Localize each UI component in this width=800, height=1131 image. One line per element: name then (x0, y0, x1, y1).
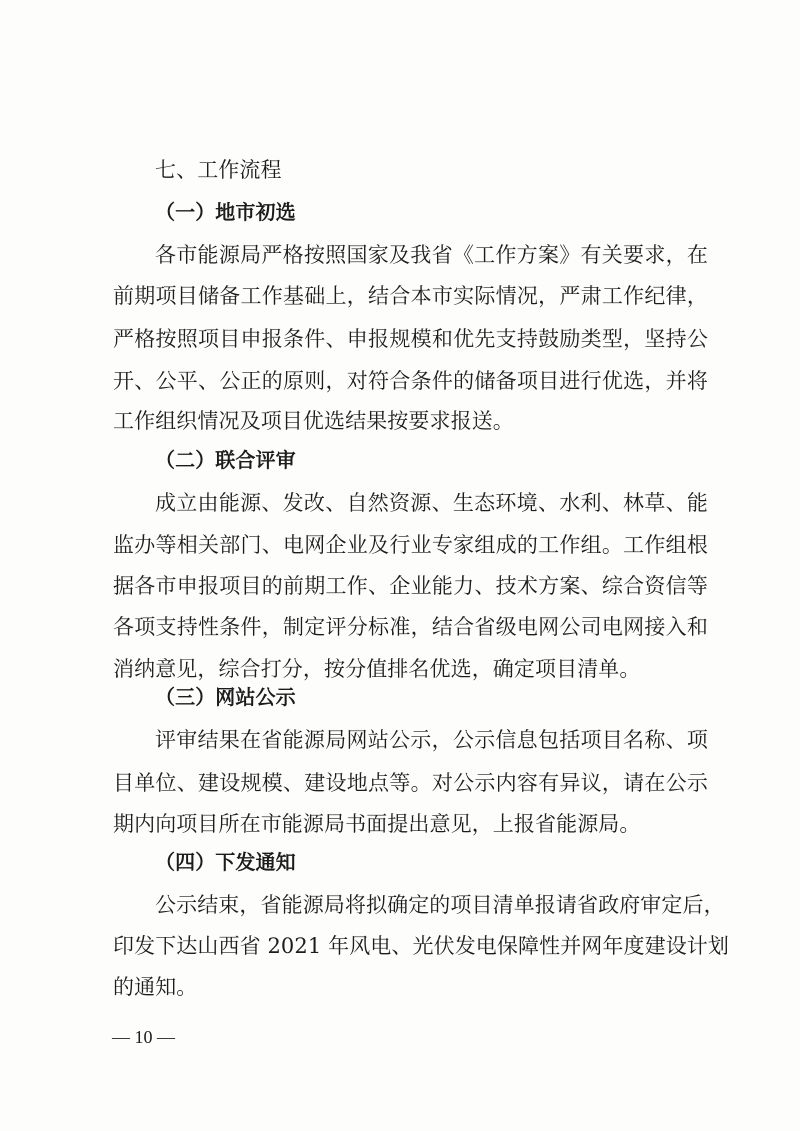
paragraph-line: 公示结束，省能源局将拟确定的项目清单报请省政府审定后， (155, 891, 708, 919)
paragraph-line: 开、公平、公正的原则，对符合条件的储备项目进行优选，并将 (113, 367, 708, 395)
subsection-heading-1: （一）地市初选 (155, 198, 750, 226)
paragraph-line: 目单位、建设规模、建设地点等。对公示内容有异议，请在公示 (113, 769, 708, 797)
paragraph-line: 严格按照项目申报条件、申报规模和优先支持鼓励类型，坚持公 (113, 325, 708, 353)
section-title: 七、工作流程 (155, 156, 750, 184)
paragraph-line: 前期项目储备工作基础上，结合本市实际情况，严肃工作纪律， (113, 282, 708, 310)
paragraph-line: 成立由能源、发改、自然资源、生态环境、水利、林草、能 (155, 489, 708, 517)
paragraph-line: 的通知。 (113, 973, 708, 1001)
subsection-heading-4: （四）下发通知 (155, 848, 750, 876)
paragraph-line: 各项支持性条件，制定评分标准，结合省级电网公司电网接入和 (113, 613, 708, 641)
paragraph-line: 评审结果在省能源局网站公示，公示信息包括项目名称、项 (155, 726, 708, 754)
paragraph-line: 期内向项目所在市能源局书面提出意见，上报省能源局。 (113, 810, 708, 838)
subsection-heading-3: （三）网站公示 (155, 683, 750, 711)
paragraph-line: 工作组织情况及项目优选结果按要求报送。 (113, 407, 708, 435)
document-page: 七、工作流程 （一）地市初选 各市能源局严格按照国家及我省《工作方案》有关要求，… (0, 0, 800, 1131)
page-number: — 10 — (112, 1027, 175, 1048)
paragraph-line: 印发下达山西省 2021 年风电、光伏发电保障性并网年度建设计划 (113, 932, 708, 960)
paragraph-line: 各市能源局严格按照国家及我省《工作方案》有关要求，在 (155, 241, 708, 269)
paragraph-line: 监办等相关部门、电网企业及行业专家组成的工作组。工作组根 (113, 531, 708, 559)
paragraph-line: 消纳意见，综合打分，按分值排名优选，确定项目清单。 (113, 655, 708, 683)
paragraph-line: 据各市申报项目的前期工作、企业能力、技术方案、综合资信等 (113, 572, 708, 600)
subsection-heading-2: （二）联合评审 (155, 446, 750, 474)
